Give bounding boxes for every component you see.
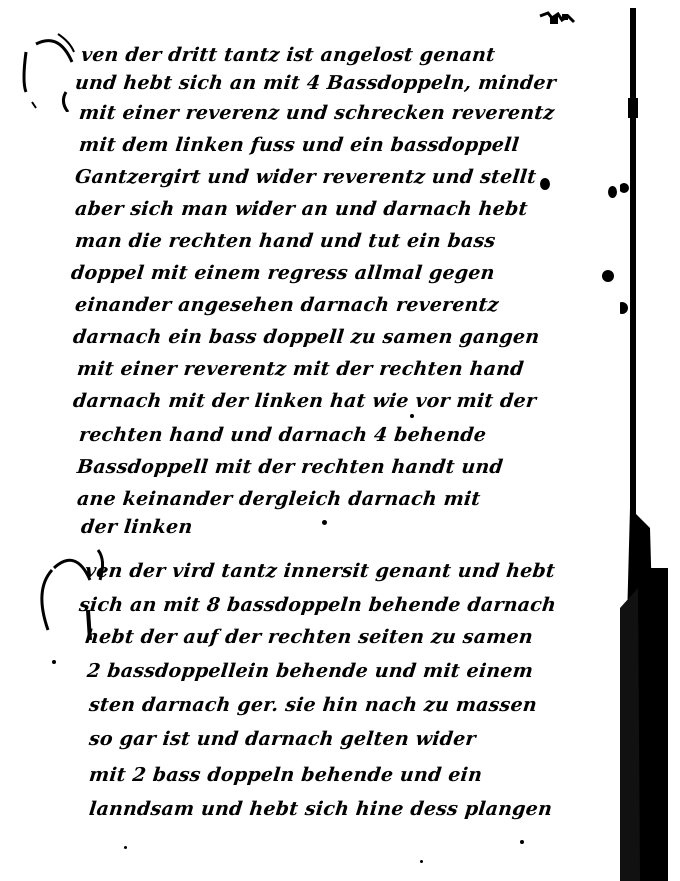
text-line: sten darnach ger. sie hin nach zu massen	[88, 694, 538, 716]
text-line: aber sich man wider an und darnach hebt	[74, 198, 529, 220]
ink-speck	[52, 660, 56, 664]
text-line: so gar ist und darnach gelten wider	[88, 728, 477, 750]
text-line: mit 2 bass doppeln behende und ein	[88, 764, 483, 786]
text-line: ven der dritt tantz ist angelost genant	[80, 44, 496, 66]
text-line: man die rechten hand und tut ein bass	[74, 230, 497, 252]
ink-speck	[420, 860, 423, 863]
text-line: mit einer reverenz und schrecken reveren…	[78, 102, 555, 124]
text-line: ane keinander dergleich darnach mit	[76, 488, 482, 510]
ink-speck	[520, 840, 524, 844]
ink-speck	[322, 520, 327, 525]
text-line: 2 bassdoppellein behende und mit einem	[86, 660, 534, 682]
manuscript-page: ven der dritt tantz ist angelost genant …	[0, 0, 680, 881]
text-line: lanndsam und hebt sich hine dess plangen	[88, 798, 553, 820]
text-line: Bassdoppell mit der rechten handt und	[76, 456, 504, 478]
text-line: mit einer reverentz mit der rechten hand	[76, 358, 525, 380]
text-line: ven der vird tantz innersit genant und h…	[84, 560, 556, 582]
text-line: sich an mit 8 bassdoppeln behende darnac…	[78, 594, 557, 616]
binding-gutter	[620, 8, 680, 881]
text-line: Gantzergirt und wider reverentz und stel…	[74, 166, 537, 188]
text-line: rechten hand und darnach 4 behende	[78, 424, 487, 446]
text-line: darnach ein bass doppell zu samen gangen	[72, 326, 540, 348]
text-line: hebt der auf der rechten seiten zu samen	[84, 626, 534, 648]
ink-speck	[540, 178, 550, 190]
text-line: mit dem linken fuss und ein bassdoppell	[78, 134, 520, 156]
ink-speck	[410, 414, 414, 418]
text-line: darnach mit der linken hat wie vor mit d…	[72, 390, 537, 412]
text-line: und hebt sich an mit 4 Bassdoppeln, mind…	[74, 72, 557, 94]
ink-speck	[608, 186, 617, 198]
ink-speck	[602, 270, 614, 282]
text-line: doppel mit einem regress allmal gegen	[70, 262, 496, 284]
decorative-initial-1	[14, 22, 84, 112]
text-line: einander angesehen darnach reverentz	[74, 294, 500, 316]
marginal-scribble	[538, 10, 578, 28]
ink-speck	[124, 846, 127, 849]
text-line: der linken	[80, 516, 194, 538]
